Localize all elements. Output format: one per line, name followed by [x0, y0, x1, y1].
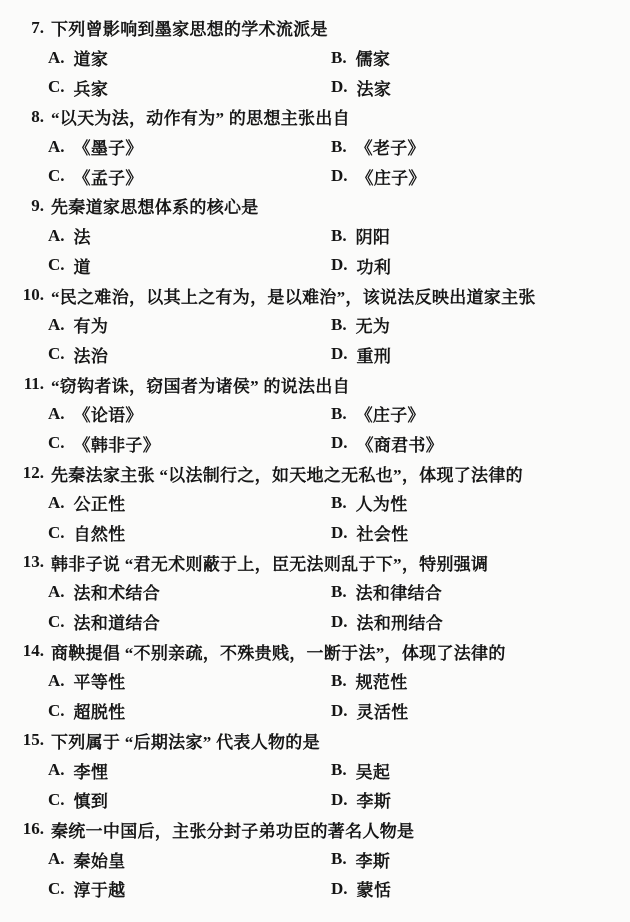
option-a: A.《论语》 — [48, 399, 331, 429]
question-stem-row: 10. “民之难治，以其上之有为，是以难治”，该说法反映出道家主张 — [8, 280, 620, 310]
option-a: A.李悝 — [48, 755, 331, 785]
option-c: C.法和道结合 — [48, 607, 331, 637]
option-label: B. — [331, 48, 347, 68]
option-text: 功利 — [357, 253, 392, 278]
option-c: C.兵家 — [48, 72, 331, 102]
question-16: 16. 秦统一中国后，主张分封子弟功臣的著名人物是 A.秦始皇 B.李斯 C.淳… — [8, 815, 620, 904]
question-stem: 下列属于 “后期法家” 代表人物的是 — [51, 728, 320, 753]
option-c: C.《韩非子》 — [48, 429, 331, 459]
option-label: C. — [48, 523, 65, 543]
question-number: 14. — [8, 641, 44, 661]
option-a: A.秦始皇 — [48, 844, 331, 874]
option-text: 《庄子》 — [356, 401, 425, 426]
option-label: B. — [331, 849, 347, 869]
option-text: 有为 — [74, 312, 109, 337]
question-stem-row: 8. “以天为法，动作有为” 的思想主张出自 — [8, 102, 620, 132]
option-label: C. — [48, 433, 65, 453]
option-label: D. — [331, 77, 348, 97]
option-a: A.公正性 — [48, 488, 331, 518]
option-text: 人为性 — [356, 490, 408, 515]
option-text: 社会性 — [357, 520, 409, 545]
option-text: 蒙恬 — [357, 876, 392, 901]
question-stem-row: 7. 下列曾影响到墨家思想的学术流派是 — [8, 13, 620, 43]
option-label: D. — [331, 433, 348, 453]
question-stem-row: 15. 下列属于 “后期法家” 代表人物的是 — [8, 726, 620, 756]
question-stem: “窃钩者诛，窃国者为诸侯” 的说法出自 — [51, 372, 350, 397]
option-label: C. — [48, 612, 65, 632]
option-text: 李斯 — [356, 847, 391, 872]
option-text: 重刑 — [357, 342, 392, 367]
question-stem-row: 12. 先秦法家主张 “以法制行之，如天地之无私也”，体现了法律的 — [8, 458, 620, 488]
question-stem-row: 14. 商鞅提倡 “不别亲疏，不殊贵贱，一断于法”，体现了法律的 — [8, 636, 620, 666]
options-grid: A.《论语》 B.《庄子》 C.《韩非子》 D.《商君书》 — [48, 399, 620, 458]
option-label: C. — [48, 879, 65, 899]
option-a: A.《墨子》 — [48, 132, 331, 162]
option-label: B. — [331, 582, 347, 602]
options-grid: A.法和术结合 B.法和律结合 C.法和道结合 D.法和刑结合 — [48, 577, 620, 636]
question-stem: 先秦法家主张 “以法制行之，如天地之无私也”，体现了法律的 — [51, 461, 523, 486]
option-b: B.规范性 — [331, 666, 620, 696]
question-14: 14. 商鞅提倡 “不别亲疏，不殊贵贱，一断于法”，体现了法律的 A.平等性 B… — [8, 636, 620, 725]
option-text: 李斯 — [357, 787, 392, 812]
question-15: 15. 下列属于 “后期法家” 代表人物的是 A.李悝 B.吴起 C.慎到 D.… — [8, 726, 620, 815]
option-text: 秦始皇 — [74, 847, 126, 872]
option-label: B. — [331, 493, 347, 513]
option-c: C.淳于越 — [48, 874, 331, 904]
option-label: D. — [331, 523, 348, 543]
option-d: D.社会性 — [331, 518, 620, 548]
option-a: A.法 — [48, 221, 331, 251]
question-stem: 商鞅提倡 “不别亲疏，不殊贵贱，一断于法”，体现了法律的 — [51, 639, 506, 664]
options-grid: A.法 B.阴阳 C.道 D.功利 — [48, 221, 620, 280]
option-d: D.灵活性 — [331, 696, 620, 726]
option-label: B. — [331, 226, 347, 246]
options-grid: A.《墨子》 B.《老子》 C.《孟子》 D.《庄子》 — [48, 132, 620, 191]
option-text: 儒家 — [356, 45, 391, 70]
option-d: D.《庄子》 — [331, 161, 620, 191]
question-stem: 先秦道家思想体系的核心是 — [51, 193, 259, 218]
question-number: 9. — [8, 196, 44, 216]
option-text: 《韩非子》 — [74, 431, 161, 456]
option-text: 法和术结合 — [74, 579, 161, 604]
option-label: A. — [48, 404, 65, 424]
option-text: 吴起 — [356, 758, 391, 783]
option-text: 《老子》 — [356, 134, 425, 159]
option-label: A. — [48, 849, 65, 869]
option-a: A.平等性 — [48, 666, 331, 696]
options-grid: A.李悝 B.吴起 C.慎到 D.李斯 — [48, 755, 620, 814]
option-text: 《墨子》 — [74, 134, 143, 159]
option-label: B. — [331, 760, 347, 780]
option-label: C. — [48, 77, 65, 97]
option-c: C.法治 — [48, 340, 331, 370]
option-b: B.阴阳 — [331, 221, 620, 251]
option-b: B.法和律结合 — [331, 577, 620, 607]
option-label: A. — [48, 137, 65, 157]
option-label: D. — [331, 612, 348, 632]
option-label: D. — [331, 166, 348, 186]
option-a: A.有为 — [48, 310, 331, 340]
option-label: C. — [48, 344, 65, 364]
option-text: 李悝 — [74, 758, 109, 783]
question-11: 11. “窃钩者诛，窃国者为诸侯” 的说法出自 A.《论语》 B.《庄子》 C.… — [8, 369, 620, 458]
question-number: 15. — [8, 730, 44, 750]
question-8: 8. “以天为法，动作有为” 的思想主张出自 A.《墨子》 B.《老子》 C.《… — [8, 102, 620, 191]
question-12: 12. 先秦法家主张 “以法制行之，如天地之无私也”，体现了法律的 A.公正性 … — [8, 458, 620, 547]
option-text: 道 — [74, 253, 91, 278]
question-9: 9. 先秦道家思想体系的核心是 A.法 B.阴阳 C.道 D.功利 — [8, 191, 620, 280]
option-label: C. — [48, 790, 65, 810]
option-d: D.重刑 — [331, 340, 620, 370]
option-label: A. — [48, 760, 65, 780]
question-10: 10. “民之难治，以其上之有为，是以难治”，该说法反映出道家主张 A.有为 B… — [8, 280, 620, 369]
option-text: 法家 — [357, 75, 392, 100]
question-stem-row: 16. 秦统一中国后，主张分封子弟功臣的著名人物是 — [8, 815, 620, 845]
option-text: 规范性 — [356, 668, 408, 693]
question-number: 13. — [8, 552, 44, 572]
question-stem: 韩非子说 “君无术则蔽于上，臣无法则乱于下”，特别强调 — [51, 550, 488, 575]
option-b: B.儒家 — [331, 43, 620, 73]
options-grid: A.有为 B.无为 C.法治 D.重刑 — [48, 310, 620, 369]
question-13: 13. 韩非子说 “君无术则蔽于上，臣无法则乱于下”，特别强调 A.法和术结合 … — [8, 547, 620, 636]
option-text: 法 — [74, 223, 91, 248]
option-text: 法和刑结合 — [357, 609, 444, 634]
option-text: 法治 — [74, 342, 109, 367]
option-c: C.道 — [48, 251, 331, 281]
option-text: 《商君书》 — [357, 431, 444, 456]
option-text: 慎到 — [74, 787, 109, 812]
option-label: C. — [48, 255, 65, 275]
options-grid: A.道家 B.儒家 C.兵家 D.法家 — [48, 43, 620, 102]
option-label: A. — [48, 48, 65, 68]
question-7: 7. 下列曾影响到墨家思想的学术流派是 A.道家 B.儒家 C.兵家 D.法家 — [8, 13, 620, 102]
option-text: 法和道结合 — [74, 609, 161, 634]
option-text: 《庄子》 — [357, 164, 426, 189]
option-c: C.超脱性 — [48, 696, 331, 726]
options-grid: A.平等性 B.规范性 C.超脱性 D.灵活性 — [48, 666, 620, 725]
option-d: D.功利 — [331, 251, 620, 281]
option-label: A. — [48, 493, 65, 513]
option-label: D. — [331, 255, 348, 275]
option-text: 阴阳 — [356, 223, 391, 248]
option-label: B. — [331, 671, 347, 691]
option-text: 灵活性 — [357, 698, 409, 723]
option-label: D. — [331, 790, 348, 810]
question-number: 10. — [8, 285, 44, 305]
question-stem: “以天为法，动作有为” 的思想主张出自 — [51, 104, 350, 129]
option-b: B.吴起 — [331, 755, 620, 785]
option-label: D. — [331, 879, 348, 899]
option-text: 超脱性 — [74, 698, 126, 723]
question-number: 8. — [8, 107, 44, 127]
option-c: C.《孟子》 — [48, 161, 331, 191]
option-a: A.道家 — [48, 43, 331, 73]
option-label: B. — [331, 404, 347, 424]
options-grid: A.秦始皇 B.李斯 C.淳于越 D.蒙恬 — [48, 844, 620, 903]
option-label: A. — [48, 582, 65, 602]
option-label: A. — [48, 226, 65, 246]
option-label: B. — [331, 137, 347, 157]
option-label: A. — [48, 671, 65, 691]
option-b: B.无为 — [331, 310, 620, 340]
option-label: D. — [331, 344, 348, 364]
option-text: 无为 — [356, 312, 391, 337]
options-grid: A.公正性 B.人为性 C.自然性 D.社会性 — [48, 488, 620, 547]
question-stem-row: 11. “窃钩者诛，窃国者为诸侯” 的说法出自 — [8, 369, 620, 399]
option-text: 《论语》 — [74, 401, 143, 426]
question-number: 7. — [8, 18, 44, 38]
option-d: D.蒙恬 — [331, 874, 620, 904]
option-text: 法和律结合 — [356, 579, 443, 604]
question-stem: “民之难治，以其上之有为，是以难治”，该说法反映出道家主张 — [51, 283, 536, 308]
question-stem: 秦统一中国后，主张分封子弟功臣的著名人物是 — [51, 817, 414, 842]
option-text: 自然性 — [74, 520, 126, 545]
option-text: 道家 — [74, 45, 109, 70]
option-text: 《孟子》 — [74, 164, 143, 189]
option-a: A.法和术结合 — [48, 577, 331, 607]
option-text: 公正性 — [74, 490, 126, 515]
option-d: D.法家 — [331, 72, 620, 102]
option-label: A. — [48, 315, 65, 335]
option-b: B.《庄子》 — [331, 399, 620, 429]
option-d: D.法和刑结合 — [331, 607, 620, 637]
option-label: C. — [48, 701, 65, 721]
question-stem-row: 9. 先秦道家思想体系的核心是 — [8, 191, 620, 221]
question-number: 16. — [8, 819, 44, 839]
option-label: C. — [48, 166, 65, 186]
option-label: D. — [331, 701, 348, 721]
option-label: B. — [331, 315, 347, 335]
option-text: 兵家 — [74, 75, 109, 100]
option-c: C.慎到 — [48, 785, 331, 815]
option-b: B.李斯 — [331, 844, 620, 874]
option-c: C.自然性 — [48, 518, 331, 548]
option-d: D.《商君书》 — [331, 429, 620, 459]
exam-page: 7. 下列曾影响到墨家思想的学术流派是 A.道家 B.儒家 C.兵家 D.法家 … — [0, 0, 630, 922]
option-text: 平等性 — [74, 668, 126, 693]
question-stem: 下列曾影响到墨家思想的学术流派是 — [51, 15, 328, 40]
option-b: B.人为性 — [331, 488, 620, 518]
option-d: D.李斯 — [331, 785, 620, 815]
question-number: 12. — [8, 463, 44, 483]
option-text: 淳于越 — [74, 876, 126, 901]
question-stem-row: 13. 韩非子说 “君无术则蔽于上，臣无法则乱于下”，特别强调 — [8, 547, 620, 577]
option-b: B.《老子》 — [331, 132, 620, 162]
question-number: 11. — [8, 374, 44, 394]
